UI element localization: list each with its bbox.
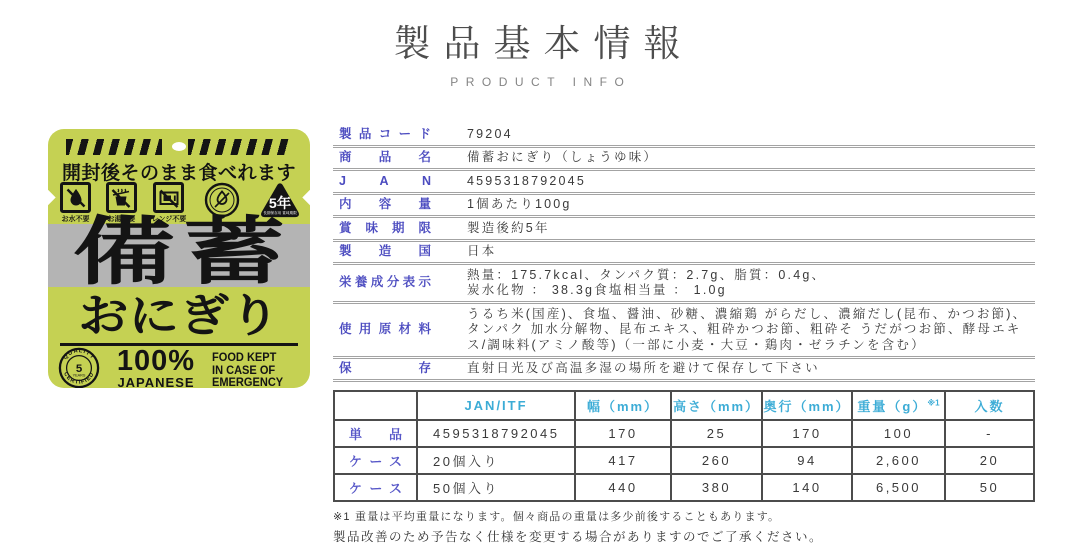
info-value: 日本	[467, 244, 496, 260]
dimensions-header-row: JAN/ITF 幅（mm） 高さ（mm） 奥行（mm） 重量（g）※1 入数	[334, 391, 1034, 420]
no-microwave-icon	[153, 182, 184, 213]
cell-width: 440	[575, 474, 671, 501]
info-row-jan: J A N 4595318792045	[333, 171, 1035, 195]
emergency-line3: EMERGENCY	[212, 377, 300, 388]
info-row-product-code: 製品コード 79204	[333, 124, 1035, 148]
info-row-net-content: 内容量 1個あたり100g	[333, 195, 1035, 219]
product-info-table: 製品コード 79204 商品名 備蓄おにぎり（しょうゆ味） J A N 4595…	[333, 124, 1035, 382]
spec-column: 製品コード 79204 商品名 備蓄おにぎり（しょうゆ味） J A N 4595…	[333, 124, 1035, 545]
cell-height: 380	[671, 474, 762, 501]
stamp-top-text: QUALITY	[62, 348, 95, 361]
weight-note-ref: ※1	[927, 399, 939, 408]
product-name-kana: おにぎり	[48, 293, 310, 338]
stamp-years: YEARS	[73, 374, 86, 378]
tear-notch-right	[302, 188, 310, 206]
cell-width: 417	[575, 447, 671, 474]
info-row-shelf-life: 賞味期限 製造後約5年	[333, 218, 1035, 242]
row-label: 単品	[334, 420, 417, 447]
hazard-stripes-left	[66, 139, 162, 155]
rice-claim: 100% JAPANESE RICE MADE IN JAPAN	[100, 347, 212, 388]
cell-depth: 94	[762, 447, 852, 474]
info-row-nutrition: 栄養成分表示 熱量：175.7kcal、タンパク質：2.7g、脂質：0.4g、 …	[333, 265, 1035, 304]
claim-percent: 100%	[100, 347, 212, 376]
cell-jan: 50個入り	[417, 474, 575, 501]
header-jan-itf: JAN/ITF	[417, 391, 575, 420]
page-header: 製品基本情報 PRODUCT INFO	[0, 0, 1074, 89]
emergency-line1: FOOD KEPT	[212, 352, 300, 365]
info-row-country: 製造国 日本	[333, 242, 1035, 266]
table-row-case50: ケース 50個入り 440 380 140 6,500 50	[334, 474, 1034, 501]
cell-weight: 6,500	[852, 474, 945, 501]
table-row-single: 単品 4595318792045 170 25 170 100 -	[334, 420, 1034, 447]
info-value: 備蓄おにぎり（しょうゆ味）	[467, 150, 658, 166]
package-bottom-row: QUALITY CERTIFIED 5 YEARS 100% JAPANESE …	[58, 347, 304, 388]
header-width: 幅（mm）	[575, 391, 671, 420]
cell-jan: 4595318792045	[417, 420, 575, 447]
table-row-case20: ケース 20個入り 417 260 94 2,600 20	[334, 447, 1034, 474]
package-tagline: 開封後そのまま食べれます	[48, 158, 310, 185]
product-name-kanji: 備蓄	[48, 215, 310, 289]
info-value: 1個あたり100g	[467, 197, 572, 213]
info-value: 直射日光及び高温多湿の場所を避けて保存して下さい	[467, 361, 820, 377]
info-value: 熱量：175.7kcal、タンパク質：2.7g、脂質：0.4g、 炭水化物 ： …	[467, 268, 826, 299]
info-label: 栄養成分表示	[339, 275, 431, 291]
cell-qty: 50	[945, 474, 1034, 501]
page-subtitle: PRODUCT INFO	[0, 75, 1074, 89]
row-label: ケース	[334, 474, 417, 501]
emergency-note: FOOD KEPT IN CASE OF EMERGENCY	[212, 347, 300, 388]
info-row-product-name: 商品名 備蓄おにぎり（しょうゆ味）	[333, 148, 1035, 172]
product-package-image: 開封後そのまま食べれます お水不要	[48, 129, 310, 388]
cell-qty: -	[945, 420, 1034, 447]
info-label: J A N	[339, 174, 431, 190]
info-label: 内容量	[339, 197, 431, 213]
cell-depth: 140	[762, 474, 852, 501]
hang-hole	[172, 142, 186, 151]
info-value: うるち米(国産)、食塩、醤油、砂糖、濃縮鶏 がらだし、濃縮だし(昆布、かつお節)…	[467, 307, 1035, 354]
tear-notch-left	[48, 188, 56, 206]
cell-jan: 20個入り	[417, 447, 575, 474]
no-water-icon	[60, 182, 91, 213]
info-row-storage: 保存 直射日光及び高温多湿の場所を避けて保存して下さい	[333, 359, 1035, 383]
footnote-spec-change: 製品改善のため予告なく仕様を変更する場合がありますのでご了承ください。	[333, 527, 1035, 545]
cell-width: 170	[575, 420, 671, 447]
product-info-page: 製品基本情報 PRODUCT INFO 開封後そのまま食べれます お水不要	[0, 0, 1074, 548]
header-depth: 奥行（mm）	[762, 391, 852, 420]
footnotes: ※1 重量は平均重量になります。個々商品の重量は多少前後することもあります。 製…	[333, 508, 1035, 545]
info-value: 79204	[467, 127, 513, 143]
row-label: ケース	[334, 447, 417, 474]
cell-depth: 170	[762, 420, 852, 447]
header-weight: 重量（g）※1	[852, 391, 945, 420]
info-value: 4595318792045	[467, 174, 586, 190]
info-label: 保存	[339, 361, 431, 377]
svg-text:QUALITY: QUALITY	[62, 348, 95, 361]
footnote-weight: ※1 重量は平均重量になります。個々商品の重量は多少前後することもあります。	[333, 508, 1035, 524]
header-qty: 入数	[945, 391, 1034, 420]
cell-weight: 2,600	[852, 447, 945, 474]
info-label: 製品コード	[339, 127, 431, 143]
dimensions-table: JAN/ITF 幅（mm） 高さ（mm） 奥行（mm） 重量（g）※1 入数 単…	[333, 390, 1035, 502]
corner-cell	[334, 391, 417, 420]
cell-qty: 20	[945, 447, 1034, 474]
info-label: 使用原材料	[339, 322, 431, 338]
page-title: 製品基本情報	[0, 13, 1074, 67]
info-label: 製造国	[339, 244, 431, 260]
header-height: 高さ（mm）	[671, 391, 762, 420]
emergency-line2: IN CASE OF	[212, 365, 300, 378]
info-label: 商品名	[339, 150, 431, 166]
no-hot-water-icon	[106, 182, 137, 213]
cell-height: 25	[671, 420, 762, 447]
cell-weight: 100	[852, 420, 945, 447]
quality-stamp: QUALITY CERTIFIED 5 YEARS	[58, 347, 100, 388]
info-label: 賞味期限	[339, 221, 431, 237]
info-value: 製造後約5年	[467, 221, 550, 237]
claim-line1: JAPANESE	[100, 376, 212, 388]
cell-height: 260	[671, 447, 762, 474]
hazard-stripes-right	[188, 139, 292, 155]
info-row-ingredients: 使用原材料 うるち米(国産)、食塩、醤油、砂糖、濃縮鶏 がらだし、濃縮だし(昆布…	[333, 304, 1035, 359]
